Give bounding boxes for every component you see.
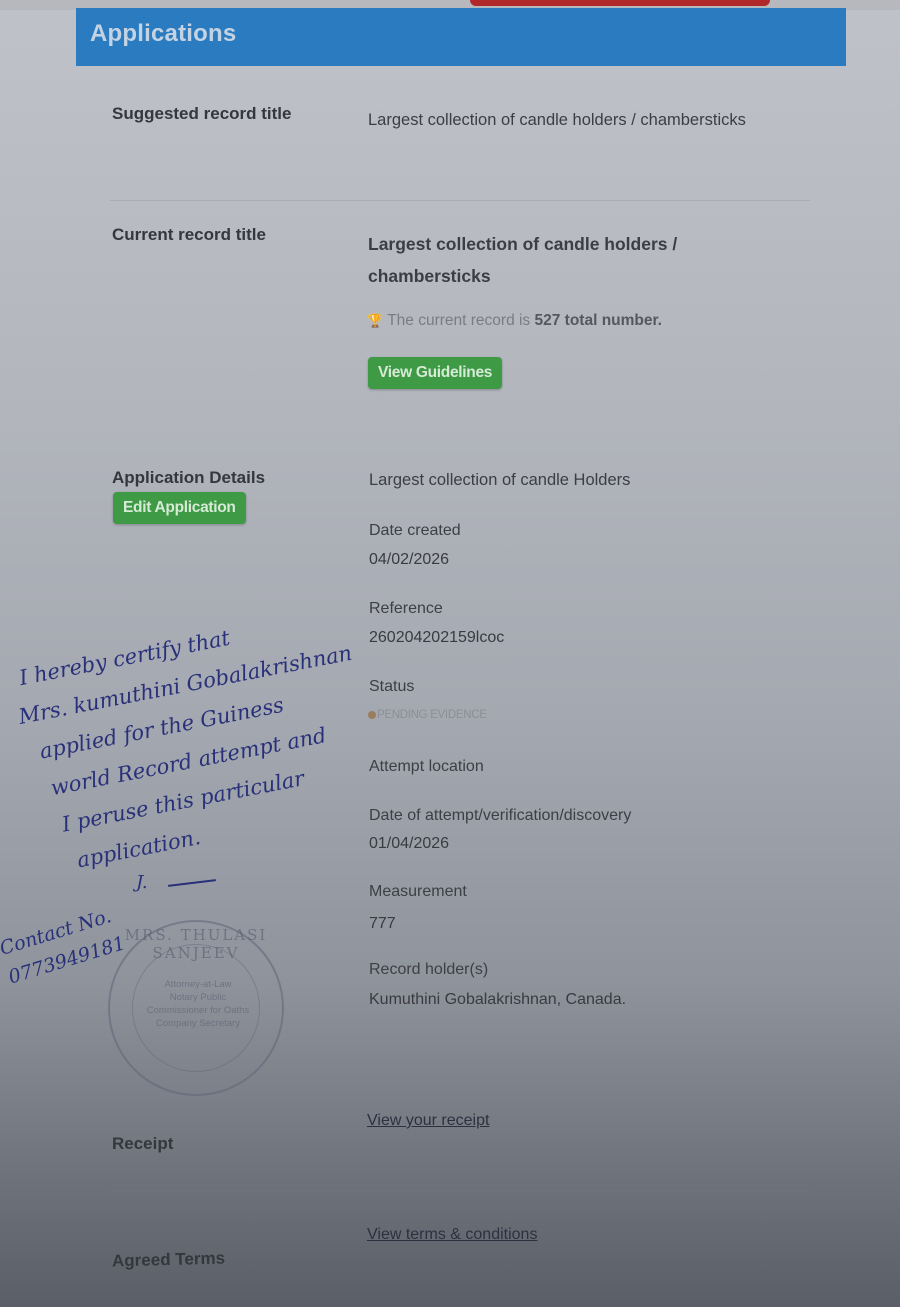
reference-value: 260204202159lcoc xyxy=(369,629,504,647)
signature-stroke xyxy=(168,879,216,887)
status-dot-icon xyxy=(368,711,376,719)
record-number: 527 total number. xyxy=(535,312,662,329)
stamp-text: Attorney-at-Law Notary Public Commission… xyxy=(140,978,256,1030)
status-label: Status xyxy=(369,678,414,696)
view-guidelines-button[interactable]: View Guidelines xyxy=(368,357,502,389)
application-details-label: Application Details xyxy=(112,468,265,488)
record-note-text: The current record is xyxy=(387,312,530,329)
receipt-label: Receipt xyxy=(112,1134,173,1154)
status-value: PENDING EVIDENCE xyxy=(377,709,487,721)
agreed-terms-label: Agreed Terms xyxy=(112,1249,226,1272)
measurement-label: Measurement xyxy=(369,883,467,901)
suggested-record-value: Largest collection of candle holders / c… xyxy=(368,111,746,130)
stamp-line: Commissioner for Oaths xyxy=(140,1004,256,1017)
stamp-line: Company Secretary xyxy=(140,1017,256,1030)
notary-stamp: MRS. THULASI SANJEEV Attorney-at-Law Not… xyxy=(108,920,284,1096)
trophy-icon: 🏆 xyxy=(367,313,383,329)
handwritten-certification: I hereby certify that Mrs. kumuthini Gob… xyxy=(0,557,375,885)
applications-header: Applications xyxy=(76,8,846,66)
view-receipt-link[interactable]: View your receipt xyxy=(367,1112,489,1130)
red-strip-decoration xyxy=(470,0,770,6)
measurement-value: 777 xyxy=(369,915,396,933)
edit-application-button[interactable]: Edit Application xyxy=(113,492,246,524)
current-record-value: Largest collection of candle holders / c… xyxy=(368,228,788,292)
stamp-line: Attorney-at-Law xyxy=(140,978,256,991)
signature: J. xyxy=(136,872,148,893)
page-title: Applications xyxy=(90,20,832,48)
attempt-date-value: 01/04/2026 xyxy=(369,835,449,853)
divider xyxy=(110,200,810,201)
record-holders-value: Kumuthini Gobalakrishnan, Canada. xyxy=(369,991,626,1009)
attempt-date-label: Date of attempt/verification/discovery xyxy=(369,807,631,825)
view-terms-link[interactable]: View terms & conditions xyxy=(367,1226,537,1244)
reference-label: Reference xyxy=(369,600,443,618)
application-title: Largest collection of candle Holders xyxy=(369,471,630,490)
record-holders-label: Record holder(s) xyxy=(369,961,488,979)
suggested-record-label: Suggested record title xyxy=(112,104,291,124)
divider xyxy=(110,1190,810,1191)
stamp-line: Notary Public xyxy=(140,991,256,1004)
date-created-value: 04/02/2026 xyxy=(369,551,449,569)
attempt-location-label: Attempt location xyxy=(369,758,484,776)
current-record-label: Current record title xyxy=(112,225,266,245)
status-badge: PENDING EVIDENCE xyxy=(368,709,487,721)
current-record-note: 🏆The current record is 527 total number. xyxy=(367,312,662,330)
date-created-label: Date created xyxy=(369,522,461,540)
